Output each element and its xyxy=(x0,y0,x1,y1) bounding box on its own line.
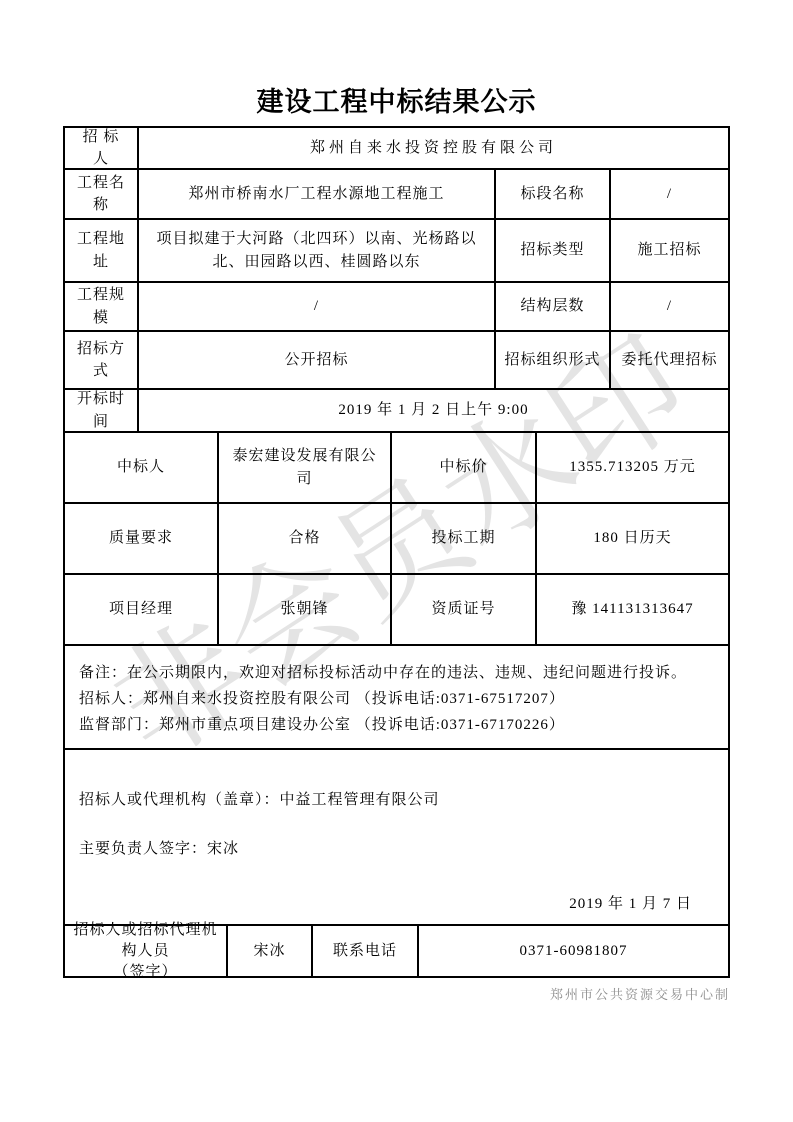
quality-value: 合格 xyxy=(217,504,390,573)
remark-line-1: 备注：在公示期限内，欢迎对招标投标活动中存在的违法、违规、违纪问题进行投诉。 xyxy=(79,660,714,686)
structure-floors-label: 结构层数 xyxy=(494,283,609,330)
row-project-manager: 项目经理 张朝锋 资质证号 豫 141131313647 xyxy=(65,573,728,644)
bid-duration-value: 180 日历天 xyxy=(535,504,728,573)
winning-price-value: 1355.713205 万元 xyxy=(535,433,728,502)
qualification-no-value: 豫 141131313647 xyxy=(535,575,728,644)
project-manager-label: 项目经理 xyxy=(65,575,217,644)
agent-signature-label-line2: （签字） xyxy=(113,962,177,983)
section-name-label: 标段名称 xyxy=(494,170,609,218)
row-bid-method: 招标方式 公开招标 招标组织形式 委托代理招标 xyxy=(65,330,728,388)
project-name-label: 工程名称 xyxy=(65,170,137,218)
document-page: 非会员水印 建设工程中标结果公示 招 标 人 郑州自来水投资控股有限公司 工程名… xyxy=(0,0,793,1122)
contact-phone-value: 0371-60981807 xyxy=(417,926,728,976)
quality-label: 质量要求 xyxy=(65,504,217,573)
winner-value: 泰宏建设发展有限公司 xyxy=(217,433,390,502)
row-winner: 中标人 泰宏建设发展有限公司 中标价 1355.713205 万元 xyxy=(65,431,728,502)
seal-block: 招标人或代理机构（盖章）：中益工程管理有限公司 主要负责人签字：宋冰 2019 … xyxy=(65,750,728,924)
remark-line-2: 招标人：郑州自来水投资控股有限公司 （投诉电话:0371-67517207） xyxy=(79,686,714,712)
project-address-value: 项目拟建于大河路（北四环）以南、光杨路以北、田园路以西、桂圆路以东 xyxy=(137,220,494,281)
row-quality: 质量要求 合格 投标工期 180 日历天 xyxy=(65,502,728,573)
winning-price-label: 中标价 xyxy=(390,433,535,502)
remark-line-3: 监督部门：郑州市重点项目建设办公室 （投诉电话:0371-67170226） xyxy=(79,712,714,738)
structure-floors-value: / xyxy=(609,283,728,330)
opening-time-value: 2019 年 1 月 2 日上午 9:00 xyxy=(137,390,728,431)
project-scale-value: / xyxy=(137,283,494,330)
seal-date: 2019 年 1 月 7 日 xyxy=(79,892,714,913)
bid-type-value: 施工招标 xyxy=(609,220,728,281)
opening-time-label: 开标时间 xyxy=(65,390,137,431)
row-project-scale: 工程规模 / 结构层数 / xyxy=(65,281,728,330)
bidder-value: 郑州自来水投资控股有限公司 xyxy=(137,128,728,168)
row-seal: 招标人或代理机构（盖章）：中益工程管理有限公司 主要负责人签字：宋冰 2019 … xyxy=(65,748,728,924)
row-project-address: 工程地址 项目拟建于大河路（北四环）以南、光杨路以北、田园路以西、桂圆路以东 招… xyxy=(65,218,728,281)
agency-seal-line: 招标人或代理机构（盖章）：中益工程管理有限公司 xyxy=(79,788,714,809)
agent-signature-name: 宋冰 xyxy=(226,926,311,976)
project-manager-value: 张朝锋 xyxy=(217,575,390,644)
project-address-label: 工程地址 xyxy=(65,220,137,281)
bidder-label: 招 标 人 xyxy=(65,128,137,168)
bid-type-label: 招标类型 xyxy=(494,220,609,281)
contact-phone-label: 联系电话 xyxy=(311,926,417,976)
winner-label: 中标人 xyxy=(65,433,217,502)
remark-block: 备注：在公示期限内，欢迎对招标投标活动中存在的违法、违规、违纪问题进行投诉。 招… xyxy=(65,646,728,748)
bid-org-form-label: 招标组织形式 xyxy=(494,332,609,388)
qualification-no-label: 资质证号 xyxy=(390,575,535,644)
bid-method-label: 招标方式 xyxy=(65,332,137,388)
project-name-value: 郑州市桥南水厂工程水源地工程施工 xyxy=(137,170,494,218)
bid-duration-label: 投标工期 xyxy=(390,504,535,573)
project-scale-label: 工程规模 xyxy=(65,283,137,330)
row-opening-time: 开标时间 2019 年 1 月 2 日上午 9:00 xyxy=(65,388,728,431)
principal-signature-line: 主要负责人签字：宋冰 xyxy=(79,837,714,858)
agent-signature-label: 招标人或招标代理机构人员 （签字） xyxy=(65,926,226,976)
row-remark: 备注：在公示期限内，欢迎对招标投标活动中存在的违法、违规、违纪问题进行投诉。 招… xyxy=(65,644,728,748)
page-title: 建设工程中标结果公示 xyxy=(0,80,793,119)
row-bidder: 招 标 人 郑州自来水投资控股有限公司 xyxy=(65,128,728,168)
bid-result-table: 招 标 人 郑州自来水投资控股有限公司 工程名称 郑州市桥南水厂工程水源地工程施… xyxy=(63,126,730,978)
bid-method-value: 公开招标 xyxy=(137,332,494,388)
section-name-value: / xyxy=(609,170,728,218)
row-agent-signature: 招标人或招标代理机构人员 （签字） 宋冰 联系电话 0371-60981807 xyxy=(65,924,728,976)
row-project-name: 工程名称 郑州市桥南水厂工程水源地工程施工 标段名称 / xyxy=(65,168,728,218)
footer-note: 郑州市公共资源交易中心制 xyxy=(63,984,730,1003)
bid-org-form-value: 委托代理招标 xyxy=(609,332,728,388)
agent-signature-label-line1: 招标人或招标代理机构人员 xyxy=(73,920,218,962)
